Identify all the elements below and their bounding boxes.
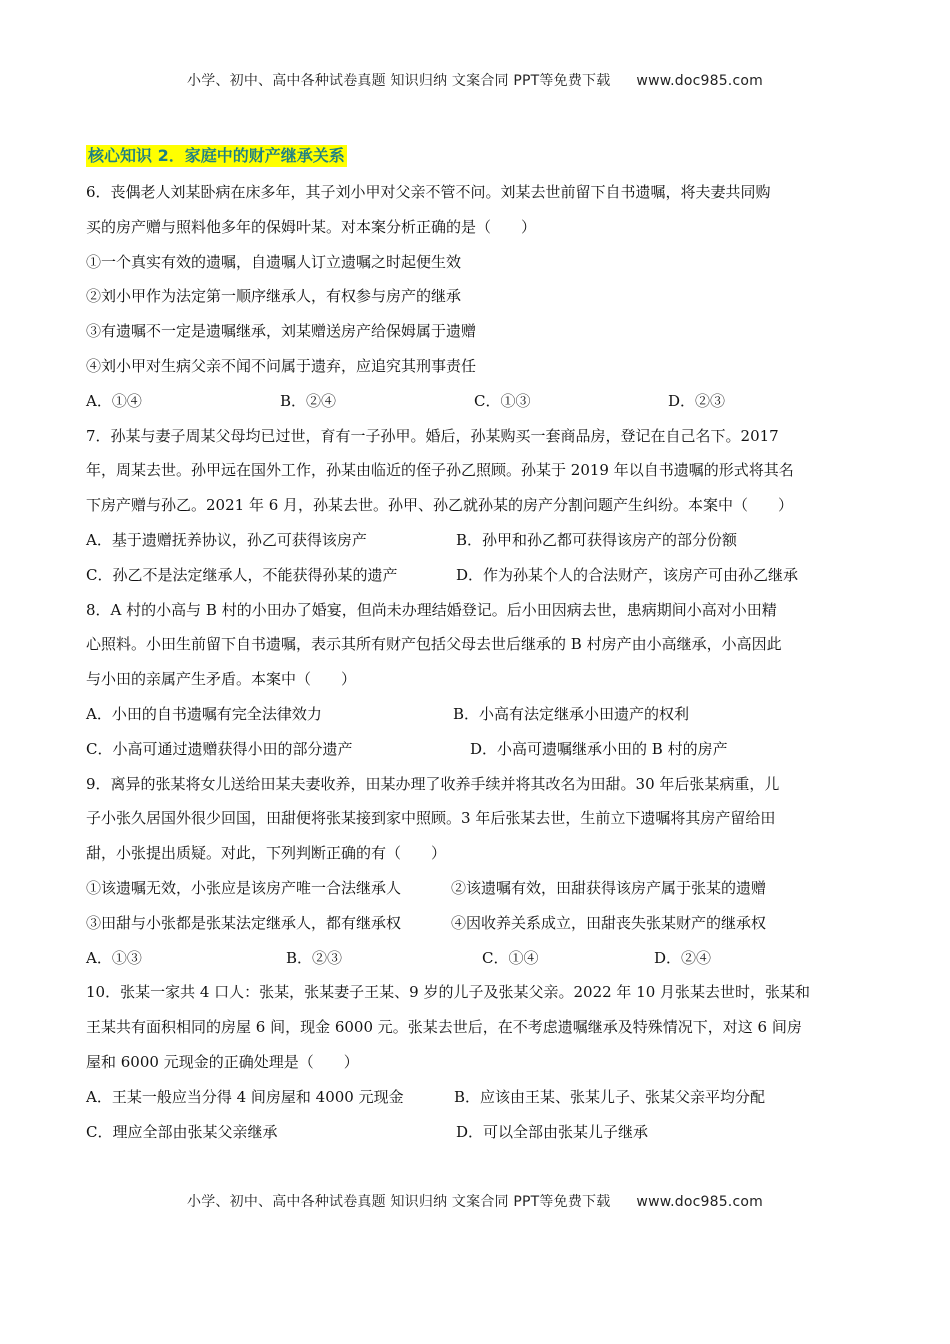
option-a: A．①③ <box>86 941 286 976</box>
statement: ③有遗嘱不一定是遗嘱继承，刘某赠送房产给保姆属于遗赠 <box>86 314 876 349</box>
question-stem-line: 甜，小张提出质疑。对此，下列判断正确的有（ ） <box>86 836 876 871</box>
question-stem-line: 7．孙某与妻子周某父母均已过世，育有一子孙甲。婚后，孙某购买一套商品房，登记在自… <box>86 419 876 454</box>
statements-row: ①该遗嘱无效，小张应是该房产唯一合法继承人 ②该遗嘱有效，田甜获得该房产属于张某… <box>86 871 876 906</box>
question-7: 7．孙某与妻子周某父母均已过世，育有一子孙甲。婚后，孙某购买一套商品房，登记在自… <box>86 419 876 593</box>
option-a: A．①④ <box>86 384 280 419</box>
statement: ①该遗嘱无效，小张应是该房产唯一合法继承人 <box>86 871 451 906</box>
question-stem-line: 心照料。小田生前留下自书遗嘱，表示其所有财产包括父母去世后继承的 B 村房产由小… <box>86 627 876 662</box>
answer-options: A．①④ B．②④ C．①③ D．②③ <box>86 384 876 419</box>
footer-url: www.doc985.com <box>636 1194 763 1210</box>
question-stem-line: 买的房产赠与照料他多年的保姆叶某。对本案分析正确的是（ ） <box>86 210 876 245</box>
footer-text: 小学、初中、高中各种试卷真题 知识归纳 文案合同 PPT等免费下载 <box>187 1194 610 1210</box>
option-c: C．①③ <box>474 384 668 419</box>
option-d: D．②④ <box>654 941 854 976</box>
option-c: C．理应全部由张某父亲继承 <box>86 1115 456 1150</box>
question-stem-line: 屋和 6000 元现金的正确处理是（ ） <box>86 1045 876 1080</box>
option-d: D．小高可遗嘱继承小田的 B 村的房产 <box>470 732 728 767</box>
option-b: B．应该由王某、张某儿子、张某父亲平均分配 <box>454 1080 765 1115</box>
option-a: A．基于遗赠抚养协议，孙乙可获得该房产 <box>86 523 456 558</box>
option-a: A．王某一般应当分得 4 间房屋和 4000 元现金 <box>86 1080 454 1115</box>
question-9: 9．离异的张某将女儿送给田某夫妻收养，田某办理了收养手续并将其改名为田甜。30 … <box>86 767 876 976</box>
option-a: A．小田的自书遗嘱有完全法律效力 <box>86 697 453 732</box>
question-stem-line: 王某共有面积相同的房屋 6 间，现金 6000 元。张某去世后，在不考虑遗嘱继承… <box>86 1010 876 1045</box>
option-c: C．孙乙不是法定继承人，不能获得孙某的遗产 <box>86 558 456 593</box>
statement: ②刘小甲作为法定第一顺序继承人，有权参与房产的继承 <box>86 279 876 314</box>
answer-options-row: C．理应全部由张某父亲继承 D．可以全部由张某儿子继承 <box>86 1115 876 1150</box>
question-6: 6．丧偶老人刘某卧病在床多年，其子刘小甲对父亲不管不问。刘某去世前留下自书遗嘱，… <box>86 175 876 419</box>
option-b: B．②③ <box>286 941 482 976</box>
option-b: B．孙甲和孙乙都可获得该房产的部分份额 <box>456 523 737 558</box>
statements-row: ③田甜与小张都是张某法定继承人，都有继承权 ④因收养关系成立，田甜丧失张某财产的… <box>86 906 876 941</box>
answer-options-row: C．孙乙不是法定继承人，不能获得孙某的遗产 D．作为孙某个人的合法财产，该房产可… <box>86 558 876 593</box>
answer-options-row: A．小田的自书遗嘱有完全法律效力 B．小高有法定继承小田遗产的权利 <box>86 697 876 732</box>
question-10: 10．张某一家共 4 口人：张某，张某妻子王某、9 岁的儿子及张某父亲。2022… <box>86 975 876 1149</box>
option-d: D．②③ <box>668 384 862 419</box>
option-b: B．小高有法定继承小田遗产的权利 <box>453 697 689 732</box>
section-title: 核心知识 2．家庭中的财产继承关系 <box>86 145 347 167</box>
statement: ④因收养关系成立，田甜丧失张某财产的继承权 <box>451 906 766 941</box>
question-stem-line: 与小田的亲属产生矛盾。本案中（ ） <box>86 662 876 697</box>
question-stem-line: 9．离异的张某将女儿送给田某夫妻收养，田某办理了收养手续并将其改名为田甜。30 … <box>86 767 876 802</box>
answer-options-row: A．基于遗赠抚养协议，孙乙可获得该房产 B．孙甲和孙乙都可获得该房产的部分份额 <box>86 523 876 558</box>
answer-options: A．①③ B．②③ C．①④ D．②④ <box>86 941 876 976</box>
answer-options-row: A．王某一般应当分得 4 间房屋和 4000 元现金 B．应该由王某、张某儿子、… <box>86 1080 876 1115</box>
question-stem-line: 下房产赠与孙乙。2021 年 6 月，孙某去世。孙甲、孙乙就孙某的房产分割问题产… <box>86 488 876 523</box>
document-content: 核心知识 2．家庭中的财产继承关系 6．丧偶老人刘某卧病在床多年，其子刘小甲对父… <box>86 145 876 1149</box>
answer-options-row: C．小高可通过遗赠获得小田的部分遗产 D．小高可遗嘱继承小田的 B 村的房产 <box>86 732 876 767</box>
page-header: 小学、初中、高中各种试卷真题 知识归纳 文案合同 PPT等免费下载www.doc… <box>0 70 950 90</box>
statement: ③田甜与小张都是张某法定继承人，都有继承权 <box>86 906 451 941</box>
option-d: D．可以全部由张某儿子继承 <box>456 1115 648 1150</box>
question-stem-line: 年，周某去世。孙甲远在国外工作，孙某由临近的侄子孙乙照顾。孙某于 2019 年以… <box>86 453 876 488</box>
statement: ④刘小甲对生病父亲不闻不问属于遗弃，应追究其刑事责任 <box>86 349 876 384</box>
page-footer: 小学、初中、高中各种试卷真题 知识归纳 文案合同 PPT等免费下载www.doc… <box>0 1191 950 1211</box>
question-stem-line: 6．丧偶老人刘某卧病在床多年，其子刘小甲对父亲不管不问。刘某去世前留下自书遗嘱，… <box>86 175 876 210</box>
option-c: C．小高可通过遗赠获得小田的部分遗产 <box>86 732 470 767</box>
question-stem-line: 子小张久居国外很少回国，田甜便将张某接到家中照顾。3 年后张某去世，生前立下遗嘱… <box>86 801 876 836</box>
option-c: C．①④ <box>482 941 654 976</box>
statement: ①一个真实有效的遗嘱，自遗嘱人订立遗嘱之时起便生效 <box>86 245 876 280</box>
question-8: 8．A 村的小高与 B 村的小田办了婚宴，但尚未办理结婚登记。后小田因病去世，患… <box>86 593 876 767</box>
question-stem-line: 8．A 村的小高与 B 村的小田办了婚宴，但尚未办理结婚登记。后小田因病去世，患… <box>86 593 876 628</box>
option-b: B．②④ <box>280 384 474 419</box>
header-text: 小学、初中、高中各种试卷真题 知识归纳 文案合同 PPT等免费下载 <box>187 73 610 89</box>
question-stem-line: 10．张某一家共 4 口人：张某，张某妻子王某、9 岁的儿子及张某父亲。2022… <box>86 975 876 1010</box>
option-d: D．作为孙某个人的合法财产，该房产可由孙乙继承 <box>456 558 798 593</box>
statement: ②该遗嘱有效，田甜获得该房产属于张某的遗赠 <box>451 871 766 906</box>
header-url: www.doc985.com <box>636 73 763 89</box>
